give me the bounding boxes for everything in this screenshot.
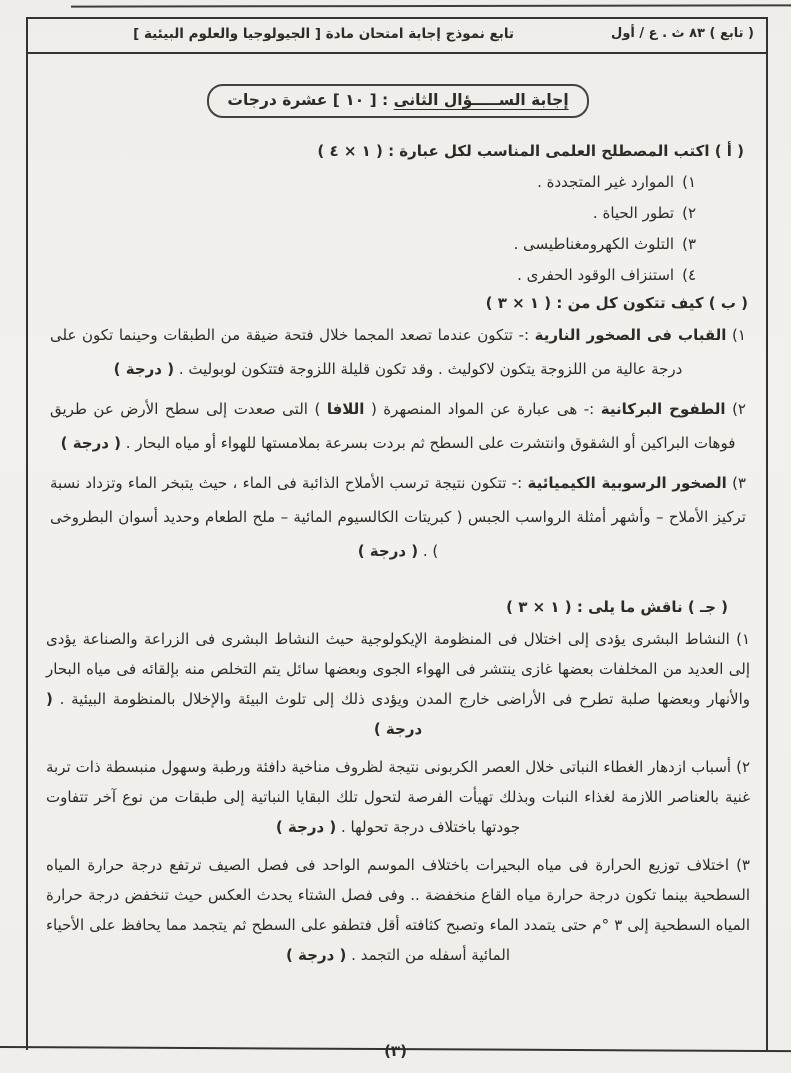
item-separator: :- [506,474,527,492]
page-content: إجابة الســـــؤال الثانى : [ ١٠ ] عشرة د… [28,84,766,970]
item-number: ٢) [732,400,746,418]
list-item: ١)الموارد غير المتجددة . [44,173,696,191]
item-text: الموارد غير المتجددة . [537,173,674,191]
discussion-item: ٢) أسباب ازدهار الغطاء النباتى خلال العص… [44,752,752,842]
item-separator: :- [513,326,535,344]
answer-item: ٣) الصخور الرسوبية الكيميائية :- تتكون ن… [44,466,752,568]
question-title: إجابة الســـــؤال الثانى [394,91,569,109]
document-page: ( تابع ) ٨٣ ث . ع / أول تابع نموذج إجابة… [26,17,768,1050]
item-text: استنزاف الوقود الحفرى . [517,266,674,284]
exam-serial: ( تابع ) ٨٣ ث . ع / أول [611,26,754,41]
mark-badge: ( درجة ) [286,946,346,964]
section-c-heading: ( جـ ) ناقش ما يلى : ( ١ × ٣ ) [44,598,728,616]
answer-item: ٢) الطفوح البركانية :- هى عبارة عن الموا… [44,392,752,460]
item-text: التلوث الكهرومغناطيسى . [514,235,675,253]
item-number: ٣) [732,474,746,492]
item-number: ٤) [682,266,696,284]
answer-item: ١) القباب فى الصخور النارية :- تتكون عند… [44,318,752,386]
section-b-heading: ( ب ) كيف تتكون كل من : ( ١ × ٣ ) [44,294,748,312]
question-marks: : [ ١٠ ] عشرة درجات [227,91,393,109]
mark-badge: ( درجة ) [358,542,418,560]
item-term: القباب فى الصخور النارية [535,326,727,344]
item-number: ٢) [736,758,750,776]
item-number: ١) [736,630,750,648]
item-number: ١) [682,173,696,191]
item-number: ٣) [682,235,696,253]
list-item: ٣)التلوث الكهرومغناطيسى . [44,235,696,253]
question-title-box: إجابة الســـــؤال الثانى : [ ١٠ ] عشرة د… [207,84,588,118]
item-number: ١) [732,326,746,344]
mark-badge: ( درجة ) [61,434,121,452]
section-a-heading: ( أ ) اكتب المصطلح العلمى المناسب لكل عب… [44,142,744,160]
mark-badge: ( درجة ) [276,818,336,836]
mark-badge: ( درجة ) [114,360,174,378]
item-term: الصخور الرسوبية الكيميائية [527,474,726,492]
list-item: ٤)استنزاف الوقود الحفرى . [44,266,696,284]
item-term: الطفوح البركانية [601,400,726,418]
exam-title: تابع نموذج إجابة امتحان مادة [ الجيولوجي… [133,26,514,42]
list-item: ٢)تطور الحياة . [44,204,696,222]
item-number: ٢) [682,204,696,222]
discussion-item: ٣) اختلاف توزيع الحرارة فى مياه البحيرات… [44,850,752,970]
item-text: النشاط البشرى يؤدى إلى اختلال فى المنظوم… [46,630,750,708]
item-text: هى عبارة عن المواد المنصهرة ( [364,400,577,418]
item-separator: :- [577,400,600,418]
item-text: أسباب ازدهار الغطاء النباتى خلال العصر ا… [46,758,750,836]
item-number: ٣) [736,856,750,874]
item-text: اختلاف توزيع الحرارة فى مياه البحيرات با… [46,856,750,964]
discussion-item: ١) النشاط البشرى يؤدى إلى اختلال فى المن… [44,624,752,744]
page-number: (٣) [384,1042,407,1060]
item-keyword: اللافا [327,400,365,418]
page-header: ( تابع ) ٨٣ ث . ع / أول تابع نموذج إجابة… [28,19,766,54]
scan-edge-line [71,4,791,7]
item-text: تطور الحياة . [593,204,674,222]
